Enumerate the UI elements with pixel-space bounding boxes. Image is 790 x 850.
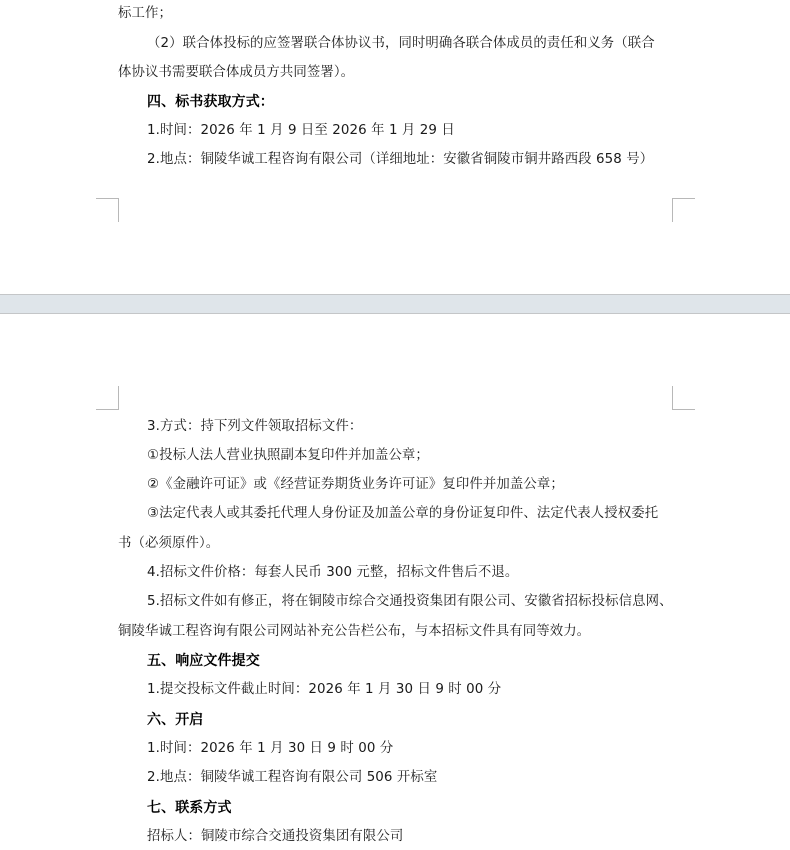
paragraph-line: 体协议书需要联合体成员方共同签署）。 — [118, 62, 678, 84]
section-heading-6: 六、开启 — [147, 709, 707, 731]
list-item-doc-2: ②《金融许可证》或《经营证券期货业务许可证》复印件并加盖公章； — [147, 474, 707, 496]
list-item-location: 2.地点：铜陵华诚工程咨询有限公司（详细地址：安徽省铜陵市铜井路西段 658 号… — [147, 149, 707, 171]
paragraph-consortium-agreement: （2）联合体投标的应签署联合体协议书，同时明确各联合体成员的责任和义务（联合 — [147, 33, 672, 55]
section-heading-7: 七、联系方式 — [147, 797, 707, 819]
paragraph-line: 铜陵华诚工程咨询有限公司网站补充公告栏公布，与本招标文件具有同等效力。 — [118, 621, 678, 643]
list-item-method: 3.方式：持下列文件领取招标文件： — [147, 416, 707, 438]
list-item-doc-1: ①投标人法人营业执照副本复印件并加盖公章； — [147, 445, 707, 467]
list-item-opening-location: 2.地点：铜陵华诚工程咨询有限公司 506 开标室 — [147, 767, 707, 789]
list-item-doc-3: ③法定代表人或其委托代理人身份证及加盖公章的身份证复印件、法定代表人授权委托 — [147, 503, 672, 525]
margin-corner-mark-top-right — [672, 386, 695, 410]
list-item-time: 1.时间：2026 年 1 月 9 日至 2026 年 1 月 29 日 — [147, 120, 707, 142]
margin-corner-mark-top-left — [96, 386, 119, 410]
list-item-deadline: 1.提交投标文件截止时间：2026 年 1 月 30 日 9 时 00 分 — [147, 679, 707, 701]
list-item-amendment: 5.招标文件如有修正，将在铜陵市综合交通投资集团有限公司、安徽省招标投标信息网、 — [147, 591, 672, 613]
list-item-price: 4.招标文件价格：每套人民币 300 元整，招标文件售后不退。 — [147, 562, 707, 584]
page-separator — [0, 294, 790, 314]
margin-corner-mark-bottom-left — [96, 198, 119, 222]
section-heading-5: 五、响应文件提交 — [147, 650, 707, 672]
section-heading-4: 四、标书获取方式： — [147, 91, 707, 113]
paragraph-line: 标工作； — [118, 3, 678, 25]
paragraph-line: 书（必须原件）。 — [118, 533, 678, 555]
contact-tenderer: 招标人：铜陵市综合交通投资集团有限公司 — [147, 826, 707, 848]
margin-corner-mark-bottom-right — [672, 198, 695, 222]
list-item-opening-time: 1.时间：2026 年 1 月 30 日 9 时 00 分 — [147, 738, 707, 760]
